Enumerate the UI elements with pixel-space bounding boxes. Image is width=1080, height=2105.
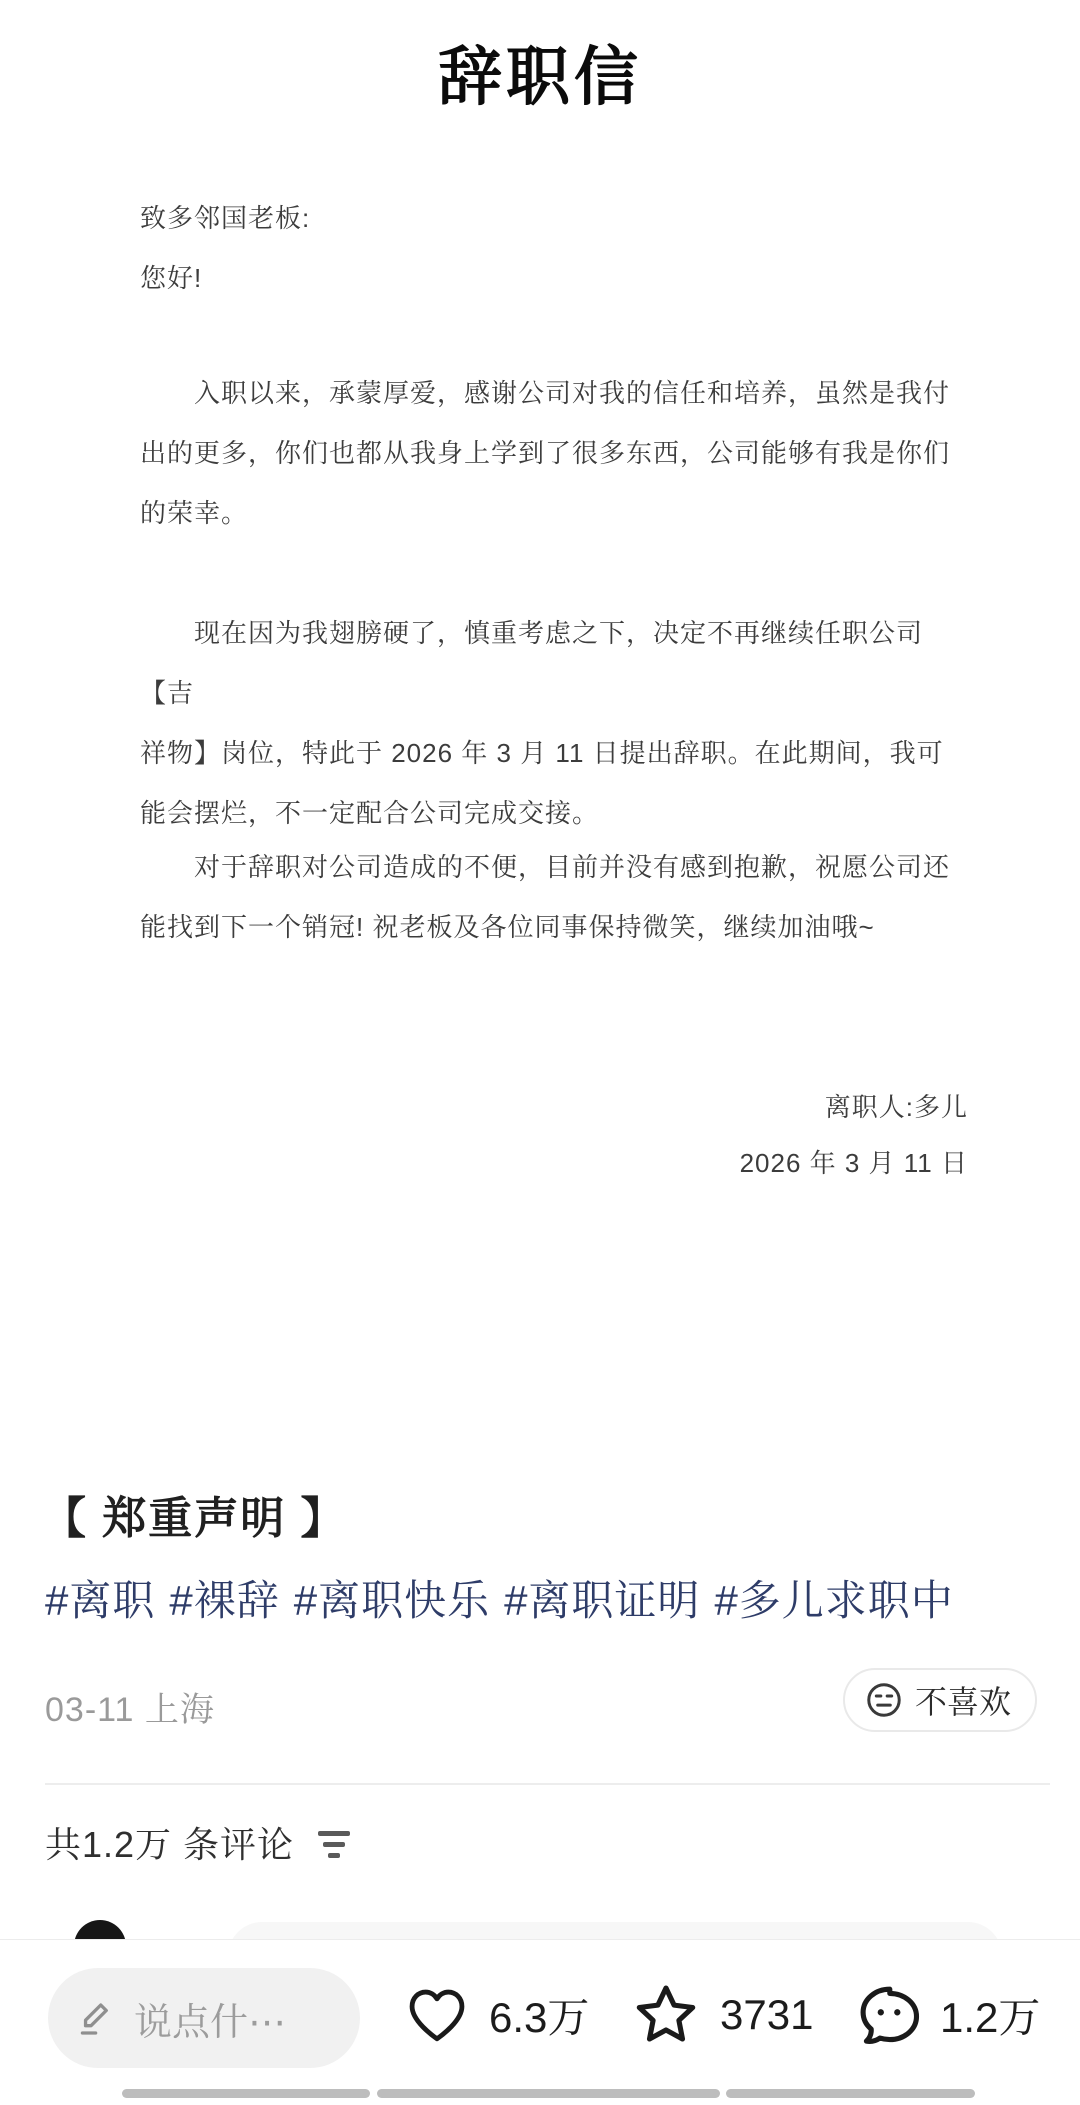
letter-greeting: 致多邻国老板: 您好! <box>140 188 968 308</box>
bottom-skeleton-bar <box>122 2089 370 2098</box>
letter-title: 辞职信 <box>0 26 1080 118</box>
bottom-skeleton-bar <box>726 2089 975 2098</box>
comment-button[interactable]: 1.2万 <box>852 1940 1040 2090</box>
comment-count: 1.2万 <box>940 1985 1040 2045</box>
collect-count: 3731 <box>720 1991 813 2039</box>
letter-paragraph: 对于辞职对公司造成的不便，目前并没有感到抱歉，祝愿公司还 能找到下一个销冠! 祝… <box>140 837 968 957</box>
letter-signature: 离职人:多儿 <box>140 1077 968 1137</box>
hashtag-link[interactable]: #离职证明 <box>504 1577 700 1624</box>
hashtag-link[interactable]: #裸辞 <box>169 1577 279 1624</box>
star-icon <box>628 1979 704 2051</box>
comments-header: 共1.2万 条评论 <box>45 1820 350 1864</box>
letter-paragraph: 入职以来，承蒙厚爱，感谢公司对我的信任和培养，虽然是我付 出的更多，你们也都从我… <box>140 363 968 543</box>
hashtag-link[interactable]: #多儿求职中 <box>714 1577 953 1624</box>
heart-icon <box>401 1981 473 2049</box>
collect-button[interactable]: 3731 <box>628 1940 813 2090</box>
dislike-button[interactable]: 不喜欢 <box>843 1668 1037 1732</box>
letter-date: 2026 年 3 月 11 日 <box>140 1133 968 1193</box>
bottom-action-bar: 说点什⋯ 6.3万 3731 <box>0 1939 1080 2105</box>
bottom-skeleton-bar <box>377 2089 720 2098</box>
comment-input-placeholder: 说点什⋯ <box>134 1991 286 2046</box>
like-button[interactable]: 6.3万 <box>401 1940 589 2090</box>
post-statement-title: 【 郑重声明 】 <box>42 1482 346 1546</box>
hashtag-link[interactable]: #离职 <box>45 1577 155 1624</box>
hashtag-list: #离职#裸辞#离职快乐#离职证明#多儿求职中 <box>45 1568 1045 1628</box>
like-count: 6.3万 <box>489 1985 589 2045</box>
post-meta-row: 03-11 上海 不喜欢 <box>45 1668 1037 1740</box>
dislike-label: 不喜欢 <box>915 1677 1011 1723</box>
post-date-location: 03-11 上海 <box>45 1682 215 1731</box>
pencil-icon <box>74 1996 118 2040</box>
comments-count: 共1.2万 条评论 <box>45 1817 294 1868</box>
hashtag-link[interactable]: #离职快乐 <box>294 1577 490 1624</box>
letter-paragraph: 现在因为我翅膀硬了，慎重考虑之下，决定不再继续任职公司【吉 祥物】岗位，特此于 … <box>140 603 968 843</box>
expressionless-face-icon <box>863 1679 905 1721</box>
chat-bubble-icon <box>852 1979 924 2051</box>
post-detail-page: 辞职信 致多邻国老板: 您好! 入职以来，承蒙厚爱，感谢公司对我的信任和培养，虽… <box>0 0 1080 2105</box>
comment-input[interactable]: 说点什⋯ <box>48 1968 360 2068</box>
comment-sort-icon[interactable] <box>318 1827 350 1858</box>
section-divider <box>45 1783 1050 1785</box>
